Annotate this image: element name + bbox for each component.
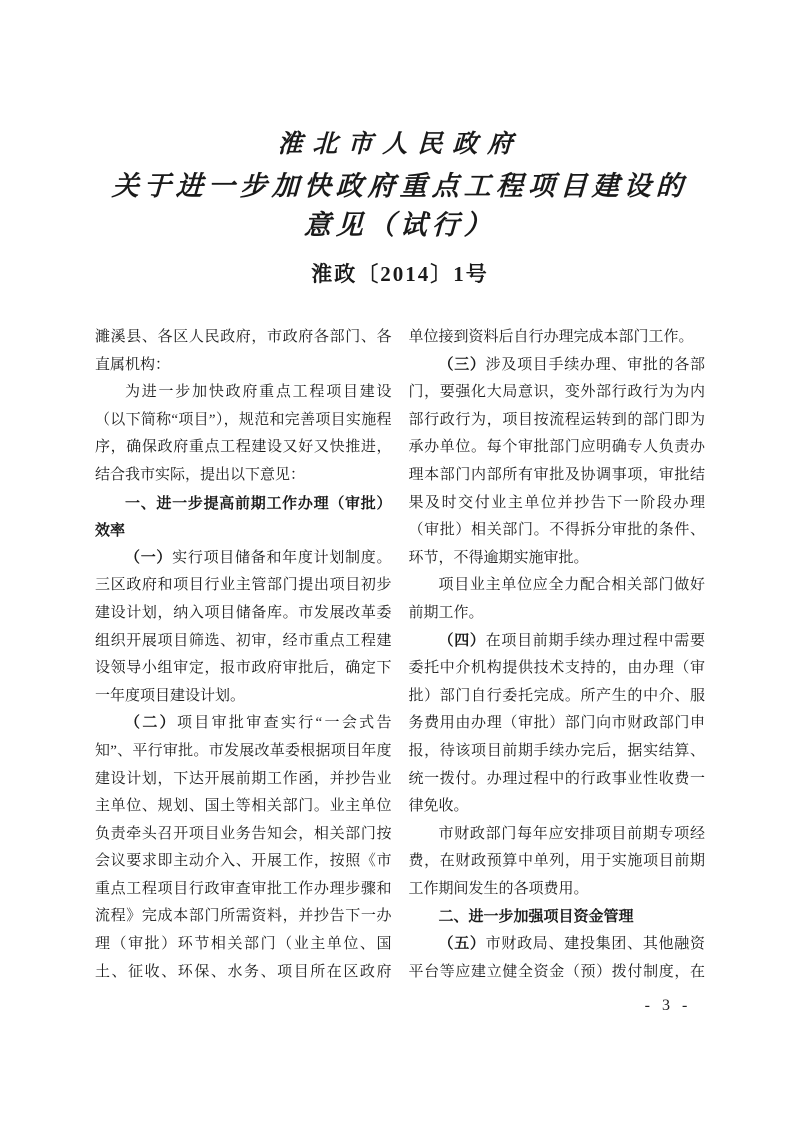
- document-page: 淮北市人民政府 关于进一步加快政府重点工程项目建设的 意见（试行） 淮政〔201…: [0, 0, 793, 1122]
- paragraph-note: 项目业主单位应全力配合相关部门做好前期工作。: [409, 572, 706, 627]
- paragraph-marker: （二）: [125, 715, 177, 731]
- title-block: 淮北市人民政府 关于进一步加快政府重点工程项目建设的 意见（试行） 淮政〔201…: [60, 128, 740, 288]
- paragraph-marker: （四）: [439, 633, 486, 649]
- org-name: 淮北市人民政府: [59, 128, 740, 162]
- paragraph-text: 涉及项目手续办理、审批的各部门，要强化大局意识，变外部行政行为为内部行政行为，项…: [409, 357, 706, 566]
- paragraph-marker: （三）: [439, 357, 486, 373]
- section-heading-2: 二、进一步加强项目资金管理: [409, 903, 706, 931]
- paragraph-item-2: （二）项目审批审查实行“一会式告知”、平行审批。市发展改革委根据项目年度建设计划…: [95, 710, 392, 989]
- doc-title-line: 关于进一步加快政府重点工程项目建设的: [59, 166, 740, 206]
- doc-number: 淮政〔2014〕1号: [60, 258, 740, 288]
- page-number: - 3 -: [628, 997, 708, 1015]
- paragraph-item-4: （四）在项目前期手续办理过程中需要委托中介机构提供技术支持的，由办理（审批）部门…: [409, 628, 706, 821]
- doc-title-subline: 意见（试行）: [59, 206, 740, 244]
- paragraph-marker: （一）: [125, 550, 172, 566]
- paragraph-marker: （五）: [439, 936, 486, 952]
- body-columns: 濉溪县、各区人民政府，市政府各部门、各直属机构： 为进一步加快政府重点工程项目建…: [95, 324, 705, 989]
- paragraph-text: 在项目前期手续办理过程中需要委托中介机构提供技术支持的，由办理（审批）部门自行委…: [409, 633, 706, 815]
- left-column: 濉溪县、各区人民政府，市政府各部门、各直属机构： 为进一步加快政府重点工程项目建…: [95, 324, 392, 989]
- paragraph-text: 实行项目储备和年度计划制度。三区政府和项目行业主管部门提出项目初步建设计划，纳入…: [95, 550, 392, 704]
- paragraph-continuation: 单位接到资料后自行办理完成本部门工作。: [409, 324, 706, 352]
- section-heading-1: 一、进一步提高前期工作办理（审批）效率: [95, 490, 392, 545]
- paragraph-item-1: （一）实行项目储备和年度计划制度。三区政府和项目行业主管部门提出项目初步建设计划…: [95, 545, 392, 711]
- paragraph-item-5: （五）市财政局、建投集团、其他融资平台等应建立健全资金（预）拨付制度，在确保工程…: [409, 931, 706, 989]
- intro-paragraph: 为进一步加快政府重点工程项目建设（以下简称“项目”），规范和完善项目实施程序，确…: [95, 379, 392, 489]
- paragraph-item-3: （三）涉及项目手续办理、审批的各部门，要强化大局意识，变外部行政行为为内部行政行…: [409, 352, 706, 573]
- salutation: 濉溪县、各区人民政府，市政府各部门、各直属机构：: [95, 324, 392, 379]
- paragraph-text: 项目审批审查实行“一会式告知”、平行审批。市发展改革委根据项目年度建设计划，下达…: [95, 715, 392, 989]
- paragraph-funding: 市财政部门每年应安排项目前期专项经费，在财政预算中单列，用于实施项目前期工作期间…: [409, 821, 706, 904]
- right-column: 单位接到资料后自行办理完成本部门工作。 （三）涉及项目手续办理、审批的各部门，要…: [409, 324, 706, 989]
